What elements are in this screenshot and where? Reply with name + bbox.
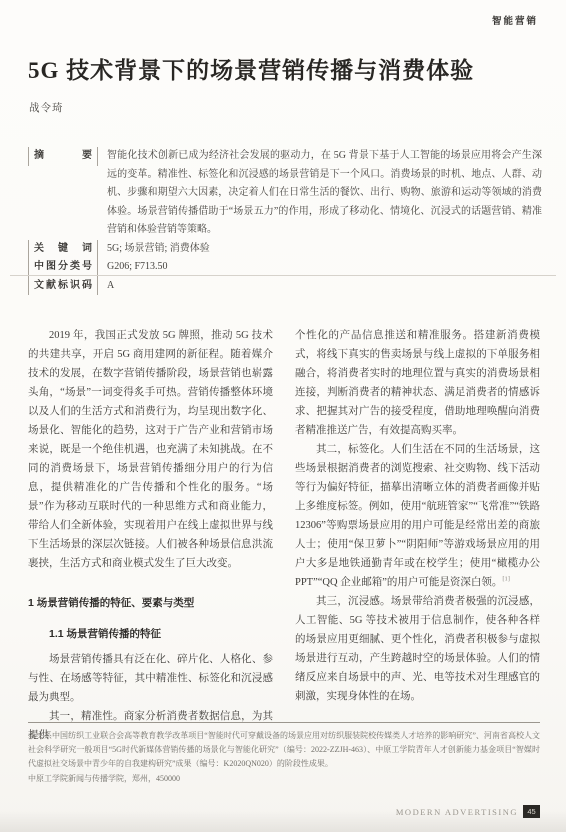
- body-paragraph: 个性化的产品信息推送和精准服务。搭建新消费模式，将线下真实的售卖场景与线上虚拟的…: [295, 326, 540, 440]
- abstract-text: 智能化技术创新已成为经济社会发展的驱动力，在 5G 背景下基于人工智能的场景应用…: [107, 147, 542, 240]
- clc-label: 中图分类号: [28, 258, 98, 277]
- running-head: 智能营销: [492, 13, 538, 27]
- body-paragraph: 场景营销传播具有泛在化、碎片化、人格化、参与性、在场感等特征，其中精准性、标签化…: [28, 650, 273, 707]
- keywords-row: 关键词 5G; 场景营销; 消费体验: [28, 240, 542, 259]
- paragraph-text: 其二，标签化。人们生活在不同的生活场景，这些场景根据消费者的浏览搜索、社交购物、…: [295, 444, 540, 588]
- abstract-label: 摘要: [28, 147, 98, 166]
- clc-text: G206; F713.50: [107, 258, 542, 277]
- body-paragraph: 2019 年，我国正式发放 5G 牌照，推动 5G 技术的共建共享，开启 5G …: [28, 326, 273, 573]
- abstract-block: 摘要 智能化技术创新已成为经济社会发展的驱动力，在 5G 背景下基于人工智能的场…: [28, 147, 542, 295]
- doc-code-label: 文献标识码: [28, 277, 98, 296]
- keywords-text: 5G; 场景营销; 消费体验: [107, 240, 542, 259]
- body-paragraph: 其三，沉浸感。场景带给消费者极强的沉浸感，人工智能、5G 等技术被用于信息制作，…: [295, 592, 540, 706]
- journal-page: 智能营销 5G 技术背景下的场景营销传播与消费体验 战令琦 摘要 智能化技术创新…: [0, 0, 566, 832]
- left-column: 2019 年，我国正式发放 5G 牌照，推动 5G 技术的共建共享，开启 5G …: [28, 326, 273, 745]
- footnote-affiliation-text: 中原工学院新闻与传播学院，郑州，450000: [28, 772, 540, 786]
- section-divider: [10, 275, 556, 276]
- abstract-row: 摘要 智能化技术创新已成为经济社会发展的驱动力，在 5G 背景下基于人工智能的场…: [28, 147, 542, 240]
- page-title: 5G 技术背景下的场景营销传播与消费体验: [28, 56, 540, 86]
- footnote-rule: [28, 722, 540, 723]
- body-columns: 2019 年，我国正式发放 5G 牌照，推动 5G 技术的共建共享，开启 5G …: [28, 326, 540, 745]
- author-name: 战令琦: [29, 100, 64, 115]
- page-number-badge: 45: [523, 805, 540, 818]
- doc-code-text: A: [107, 277, 542, 296]
- reference-mark: [1]: [502, 576, 510, 583]
- right-column: 个性化的产品信息推送和精准服务。搭建新消费模式，将线下真实的售卖场景与线上虚拟的…: [295, 326, 540, 745]
- body-paragraph: 其二，标签化。人们生活在不同的生活场景，这些场景根据消费者的浏览搜索、社交购物、…: [295, 440, 540, 592]
- doc-code-row: 文献标识码 A: [28, 277, 542, 296]
- section-heading: 1 场景营销传播的特征、要素与类型: [28, 594, 273, 613]
- footnote-project-text: 本文系中国纺织工业联合会高等教育教学改革项目“智能时代可穿戴设备的场景应用对纺织…: [28, 729, 540, 771]
- subsection-heading: 1.1 场景营销传播的特征: [28, 625, 273, 644]
- keywords-label: 关键词: [28, 240, 98, 259]
- clc-row: 中图分类号 G206; F713.50: [28, 258, 542, 277]
- page-footer: MODERN ADVERTISING 45: [396, 805, 540, 818]
- footnote-block: 本文系中国纺织工业联合会高等教育教学改革项目“智能时代可穿戴设备的场景应用对纺织…: [28, 729, 540, 787]
- journal-name: MODERN ADVERTISING: [396, 807, 518, 817]
